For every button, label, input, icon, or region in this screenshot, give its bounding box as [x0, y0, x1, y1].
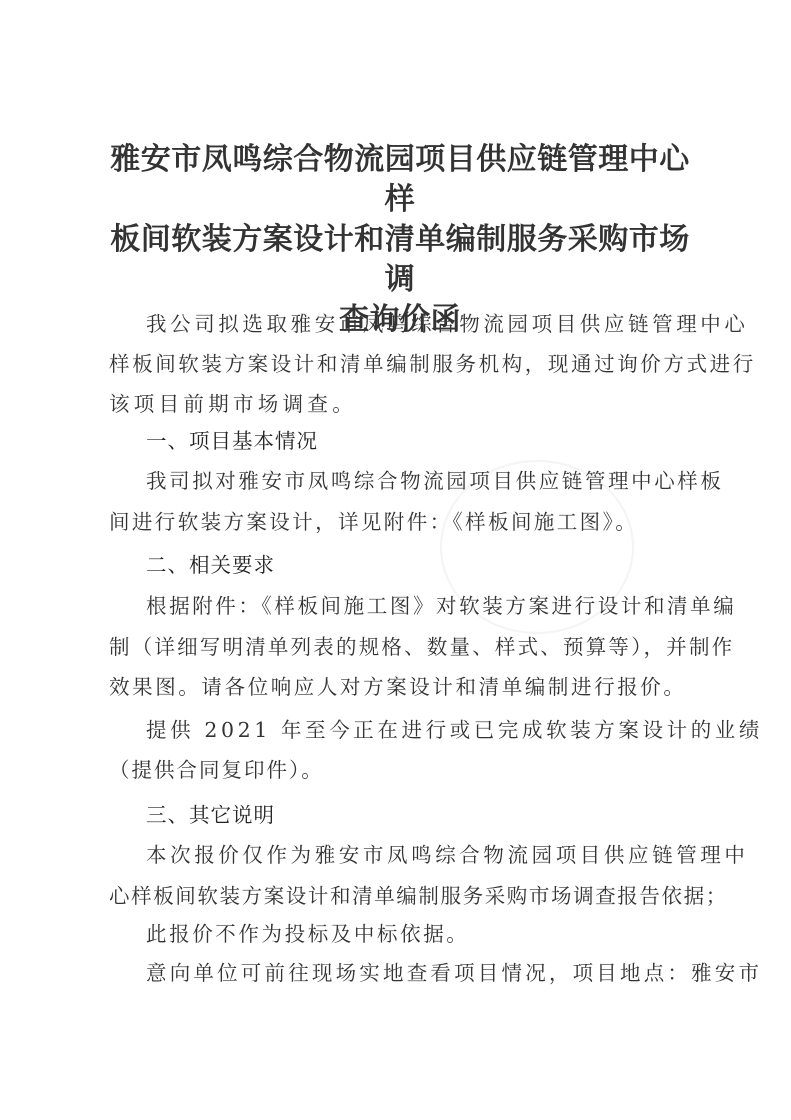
section-heading-2: 二、相关要求 — [146, 551, 275, 579]
section2-line: 效果图。请各位响应人对方案设计和清单编制进行报价。 — [109, 673, 709, 701]
section2-line: 制（详细写明清单列表的规格、数量、样式、预算等），并制作 — [109, 633, 709, 661]
title-line: 板间软装方案设计和清单编制服务采购市场调 — [100, 220, 700, 300]
intro-line: 该项目前期市场调查。 — [109, 390, 709, 418]
section1-line: 间进行软装方案设计，详见附件：《样板间施工图》。 — [109, 508, 709, 536]
section3-line: 心样板间软装方案设计和清单编制服务采购市场调查报告依据； — [109, 882, 709, 910]
section2-line: （提供合同复印件）。 — [109, 756, 709, 784]
section3-line: 意向单位可前往现场实地查看项目情况，项目地点：雅安市 — [146, 959, 746, 987]
section3-line: 此报价不作为投标及中标依据。 — [146, 920, 746, 948]
section3-line: 本次报价仅作为雅安市凤鸣综合物流园项目供应链管理中 — [146, 841, 746, 869]
intro-line: 我公司拟选取雅安市凤鸣综合物流园项目供应链管理中心 — [146, 310, 746, 338]
section2-line: 根据附件：《样板间施工图》对软装方案进行设计和清单编 — [146, 592, 746, 620]
document-page: 雅安市凤鸣综合物流园项目供应链管理中心样 板间软装方案设计和清单编制服务采购市场… — [0, 0, 791, 1120]
section-heading-1: 一、项目基本情况 — [146, 427, 318, 455]
section-heading-3: 三、其它说明 — [146, 801, 275, 829]
title-line: 雅安市凤鸣综合物流园项目供应链管理中心样 — [100, 140, 700, 220]
section1-line: 我司拟对雅安市凤鸣综合物流园项目供应链管理中心样板 — [146, 467, 746, 495]
intro-line: 样板间软装方案设计和清单编制服务机构，现通过询价方式进行 — [109, 350, 709, 378]
section2-line: 提供 2021 年至今正在进行或已完成软装方案设计的业绩 — [146, 716, 746, 744]
